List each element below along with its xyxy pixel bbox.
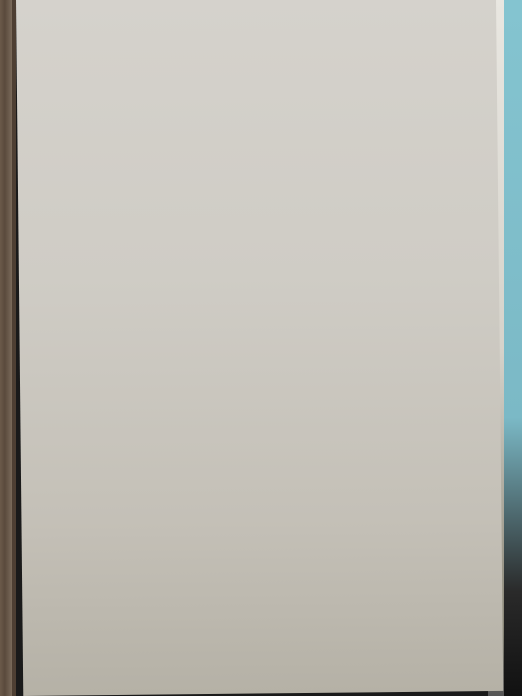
document-page [16,0,503,696]
document-title [16,28,496,33]
document-body [37,83,497,88]
background-surface [504,0,522,696]
left-binding-shadow [12,0,16,696]
left-binding-edge [0,0,12,696]
